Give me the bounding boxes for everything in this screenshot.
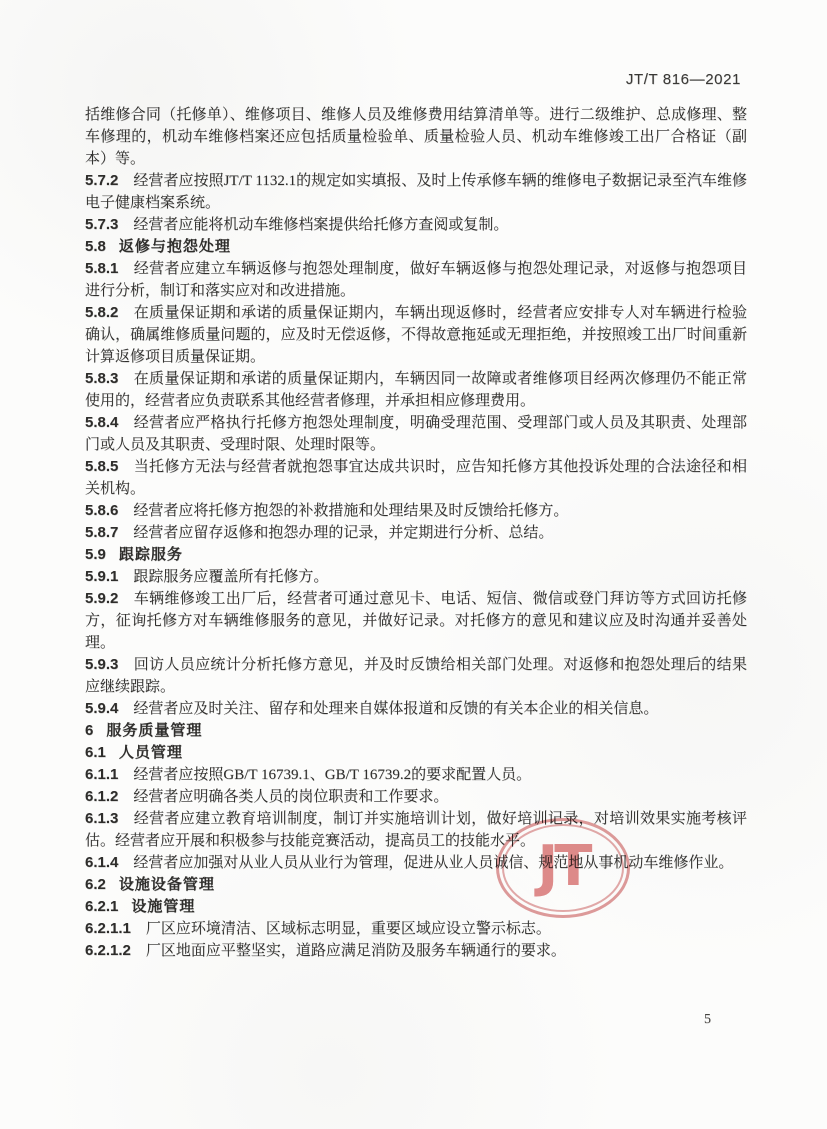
heading-text: 跟踪服务 <box>119 546 183 563</box>
clause-number: 5.7.2 <box>85 172 118 189</box>
document-body: 括维修合同（托修单）、维修项目、维修人员及维修费用结算清单等。进行二级维护、总成… <box>85 104 747 962</box>
section-heading-6.1: 6.1人员管理 <box>85 742 747 764</box>
clause-6.2.1.2: 6.2.1.2厂区地面应平整坚实，道路应满足消防及服务车辆通行的要求。 <box>85 940 747 962</box>
page-number: 5 <box>704 1012 711 1028</box>
clause-5.9.1: 5.9.1跟踪服务应覆盖所有托修方。 <box>85 566 747 588</box>
clause-number: 5.8.1 <box>85 260 118 277</box>
clause-text: 车辆维修竣工出厂后，经营者可通过意见卡、电话、短信、微信或登门拜访等方式回访托修… <box>85 591 747 651</box>
clause-number: 6.2.1 <box>85 898 118 915</box>
clause-text: 经营者应按照JT/T 1132.1的规定如实填报、及时上传承修车辆的维修电子数据… <box>85 173 747 211</box>
clause-5.8.6: 5.8.6经营者应将托修方抱怨的补救措施和处理结果及时反馈给托修方。 <box>85 500 747 522</box>
heading-text: 返修与抱怨处理 <box>119 238 231 255</box>
clause-number: 5.8.7 <box>85 524 118 541</box>
clause-number: 5.9.2 <box>85 590 118 607</box>
clause-text: 经营者应及时关注、留存和处理来自媒体报道和反馈的有关本企业的相关信息。 <box>133 701 658 717</box>
standard-number-header: JT/T 816—2021 <box>626 71 741 88</box>
clause-number: 6.1.4 <box>85 854 118 871</box>
section-heading-5.8: 5.8返修与抱怨处理 <box>85 236 747 258</box>
clause-text: 经营者应建立车辆返修与抱怨处理制度，做好车辆返修与抱怨处理记录，对返修与抱怨项目… <box>85 261 747 299</box>
clause-number: 6.2 <box>85 876 106 893</box>
clause-text: 在质量保证期和承诺的质量保证期内，车辆出现返修时，经营者应安排专人对车辆进行检验… <box>85 305 747 365</box>
clause-5.8.4: 5.8.4经营者应严格执行托修方抱怨处理制度，明确受理范围、受理部门或人员及其职… <box>85 412 747 456</box>
clause-text: 经营者应留存返修和抱怨办理的记录，并定期进行分析、总结。 <box>133 525 553 541</box>
clause-6.1.4: 6.1.4经营者应加强对从业人员从业行为管理，促进从业人员诚信、规范地从事机动车… <box>85 852 747 874</box>
clause-text: 回访人员应统计分析托修方意见，并及时反馈给相关部门处理。对返修和抱怨处理后的结果… <box>85 657 747 695</box>
clause-5.8.1: 5.8.1经营者应建立车辆返修与抱怨处理制度，做好车辆返修与抱怨处理记录，对返修… <box>85 258 747 302</box>
clause-number: 5.8.3 <box>85 370 118 387</box>
heading-text: 设施管理 <box>131 898 195 915</box>
clause-number: 5.9.4 <box>85 700 118 717</box>
clause-number: 6.1.1 <box>85 766 118 783</box>
clause-5.9.3: 5.9.3回访人员应统计分析托修方意见，并及时反馈给相关部门处理。对返修和抱怨处… <box>85 654 747 698</box>
clause-number: 6.1.3 <box>85 810 118 827</box>
heading-text: 服务质量管理 <box>106 722 202 739</box>
clause-number: 5.9.3 <box>85 656 118 673</box>
clause-text: 厂区地面应平整坚实，道路应满足消防及服务车辆通行的要求。 <box>146 943 566 959</box>
heading-text: 人员管理 <box>119 744 183 761</box>
clause-number: 6.2.1.1 <box>85 920 131 937</box>
section-heading-6.2: 6.2设施设备管理 <box>85 874 747 896</box>
clause-number: 6 <box>85 722 93 739</box>
clause-number: 5.8.4 <box>85 414 118 431</box>
clause-text: 括维修合同（托修单）、维修项目、维修人员及维修费用结算清单等。进行二级维护、总成… <box>85 107 747 167</box>
clause-number: 5.8.6 <box>85 502 118 519</box>
document-page: JT/T 816—2021 括维修合同（托修单）、维修项目、维修人员及维修费用结… <box>0 0 827 1129</box>
clause-text: 厂区应环境清洁、区域标志明显，重要区域应设立警示标志。 <box>146 921 551 937</box>
clause-5.8.2: 5.8.2在质量保证期和承诺的质量保证期内，车辆出现返修时，经营者应安排专人对车… <box>85 302 747 368</box>
clause-text: 当托修方无法与经营者就抱怨事宜达成共识时，应告知托修方其他投诉处理的合法途径和相… <box>85 459 747 497</box>
clause-number: 5.8 <box>85 238 106 255</box>
clause-number: 6.2.1.2 <box>85 942 131 959</box>
clause-number: 5.8.2 <box>85 304 118 321</box>
clause-text: 跟踪服务应覆盖所有托修方。 <box>133 569 328 585</box>
clause-text: 经营者应按照GB/T 16739.1、GB/T 16739.2的要求配置人员。 <box>133 767 531 783</box>
clause-6.1.2: 6.1.2经营者应明确各类人员的岗位职责和工作要求。 <box>85 786 747 808</box>
clause-5.8.3: 5.8.3在质量保证期和承诺的质量保证期内，车辆因同一故障或者维修项目经两次修理… <box>85 368 747 412</box>
clause-number: 6.1 <box>85 744 106 761</box>
clause-text: 经营者应明确各类人员的岗位职责和工作要求。 <box>133 789 448 805</box>
clause-number: 5.8.5 <box>85 458 118 475</box>
clause-5.8.5: 5.8.5当托修方无法与经营者就抱怨事宜达成共识时，应告知托修方其他投诉处理的合… <box>85 456 747 500</box>
clause-5.7.3: 5.7.3经营者应能将机动车维修档案提供给托修方查阅或复制。 <box>85 214 747 236</box>
clause-text: 经营者应能将机动车维修档案提供给托修方查阅或复制。 <box>133 217 508 233</box>
clause-text: 经营者应将托修方抱怨的补救措施和处理结果及时反馈给托修方。 <box>133 503 568 519</box>
clause-6.2.1.1: 6.2.1.1厂区应环境清洁、区域标志明显，重要区域应设立警示标志。 <box>85 918 747 940</box>
section-heading-5.9: 5.9跟踪服务 <box>85 544 747 566</box>
continuation-paragraph: 括维修合同（托修单）、维修项目、维修人员及维修费用结算清单等。进行二级维护、总成… <box>85 104 747 170</box>
clause-text: 在质量保证期和承诺的质量保证期内，车辆因同一故障或者维修项目经两次修理仍不能正常… <box>85 371 747 409</box>
section-heading-6.2.1: 6.2.1设施管理 <box>85 896 747 918</box>
clause-number: 5.7.3 <box>85 216 118 233</box>
clause-number: 6.1.2 <box>85 788 118 805</box>
clause-5.9.2: 5.9.2车辆维修竣工出厂后，经营者可通过意见卡、电话、短信、微信或登门拜访等方… <box>85 588 747 654</box>
clause-5.8.7: 5.8.7经营者应留存返修和抱怨办理的记录，并定期进行分析、总结。 <box>85 522 747 544</box>
clause-5.9.4: 5.9.4经营者应及时关注、留存和处理来自媒体报道和反馈的有关本企业的相关信息。 <box>85 698 747 720</box>
clause-5.7.2: 5.7.2经营者应按照JT/T 1132.1的规定如实填报、及时上传承修车辆的维… <box>85 170 747 214</box>
clause-text: 经营者应建立教育培训制度，制订并实施培训计划，做好培训记录，对培训效果实施考核评… <box>85 811 747 849</box>
clause-text: 经营者应严格执行托修方抱怨处理制度，明确受理范围、受理部门或人员及其职责、处理部… <box>85 415 747 453</box>
clause-6.1.1: 6.1.1经营者应按照GB/T 16739.1、GB/T 16739.2的要求配… <box>85 764 747 786</box>
clause-text: 经营者应加强对从业人员从业行为管理，促进从业人员诚信、规范地从事机动车维修作业。 <box>133 855 733 871</box>
section-heading-6: 6服务质量管理 <box>85 720 747 742</box>
heading-text: 设施设备管理 <box>119 876 215 893</box>
clause-number: 5.9.1 <box>85 568 118 585</box>
clause-6.1.3: 6.1.3经营者应建立教育培训制度，制订并实施培训计划，做好培训记录，对培训效果… <box>85 808 747 852</box>
clause-number: 5.9 <box>85 546 106 563</box>
